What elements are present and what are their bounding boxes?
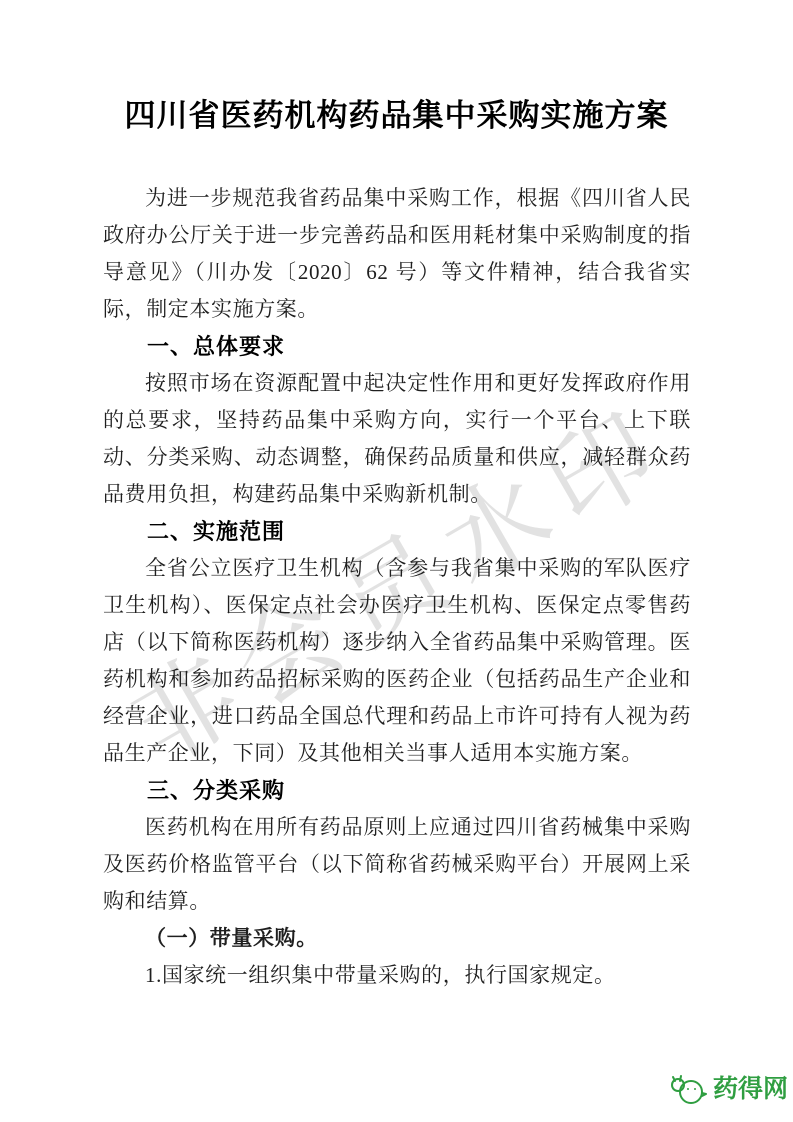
paragraph: 1.国家统一组织集中带量采购的，执行国家规定。 [103, 957, 691, 994]
paragraph: 为进一步规范我省药品集中采购工作，根据《四川省人民政府办公厅关于进一步完善药品和… [103, 180, 691, 328]
paragraph: 全省公立医疗卫生机构（含参与我省集中采购的军队医疗卫生机构）、医保定点社会办医疗… [103, 550, 691, 772]
brand-name: 药得网 [713, 1077, 788, 1102]
sub-section-heading: （一）带量采购。 [103, 920, 691, 957]
section-heading: 一、总体要求 [103, 328, 691, 365]
document-body: 为进一步规范我省药品集中采购工作，根据《四川省人民政府办公厅关于进一步完善药品和… [103, 180, 691, 994]
section-heading: 三、分类采购 [103, 772, 691, 809]
section-heading: 二、实施范围 [103, 513, 691, 550]
brand-bird-icon [667, 1073, 707, 1105]
paragraph: 医药机构在用所有药品原则上应通过四川省药械集中采购及医药价格监管平台（以下简称省… [103, 809, 691, 920]
document-page: 非会员水印 四川省医药机构药品集中采购实施方案 为进一步规范我省药品集中采购工作… [0, 0, 793, 1122]
brand-logo: 药得网 [667, 1073, 788, 1105]
paragraph: 按照市场在资源配置中起决定性作用和更好发挥政府作用的总要求，坚持药品集中采购方向… [103, 365, 691, 513]
document-title: 四川省医药机构药品集中采购实施方案 [0, 90, 793, 135]
